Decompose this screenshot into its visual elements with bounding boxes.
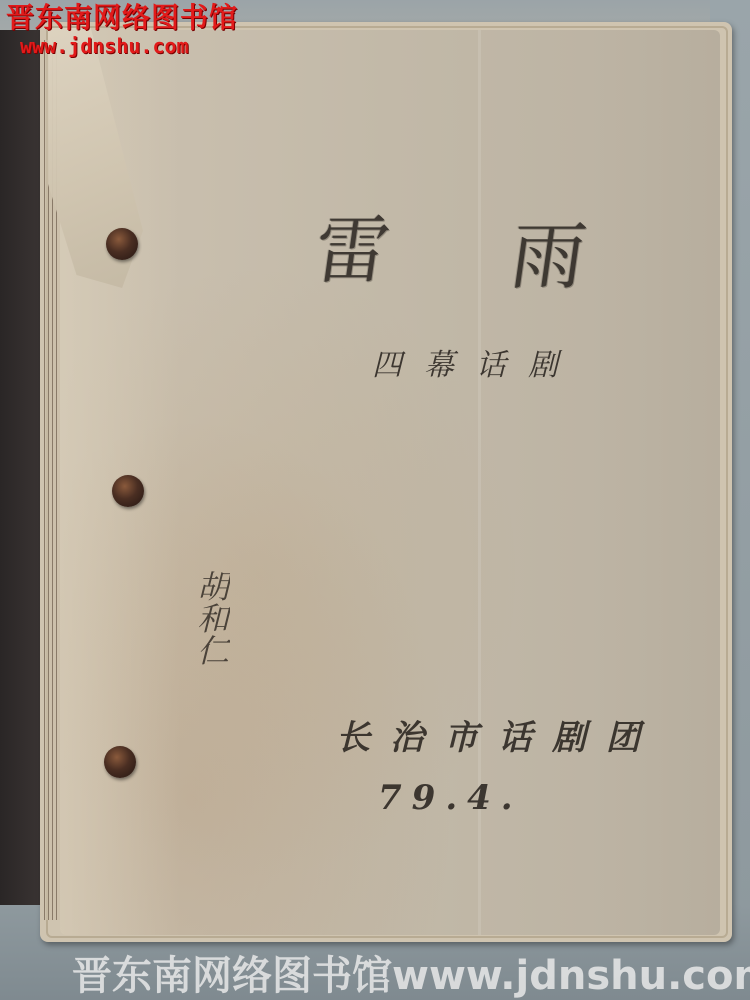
subtitle: 四幕话剧 [372, 340, 580, 384]
rivet-bottom [104, 746, 136, 778]
watermark-top-title: 晋东南网络图书馆 [6, 2, 238, 34]
rivet-middle [112, 475, 144, 507]
watermark-top: 晋东南网络图书馆 www.jdnshu.com [6, 2, 238, 58]
watermark-top-url: www.jdnshu.com [6, 34, 238, 58]
title-char-1: 雷 [309, 192, 398, 298]
title-char-2: 雨 [505, 198, 594, 304]
signature: 胡和仁 [180, 570, 242, 666]
organization-name: 长治市话剧团 [336, 710, 660, 759]
rivet-top [106, 228, 138, 260]
document-cover: 雷 雨 四幕话剧 胡和仁 长治市话剧团 79.4. [60, 30, 720, 935]
date: 79.4. [378, 778, 523, 818]
watermark-bottom: 晋东南网络图书馆www.jdnshu.com [72, 952, 750, 1000]
